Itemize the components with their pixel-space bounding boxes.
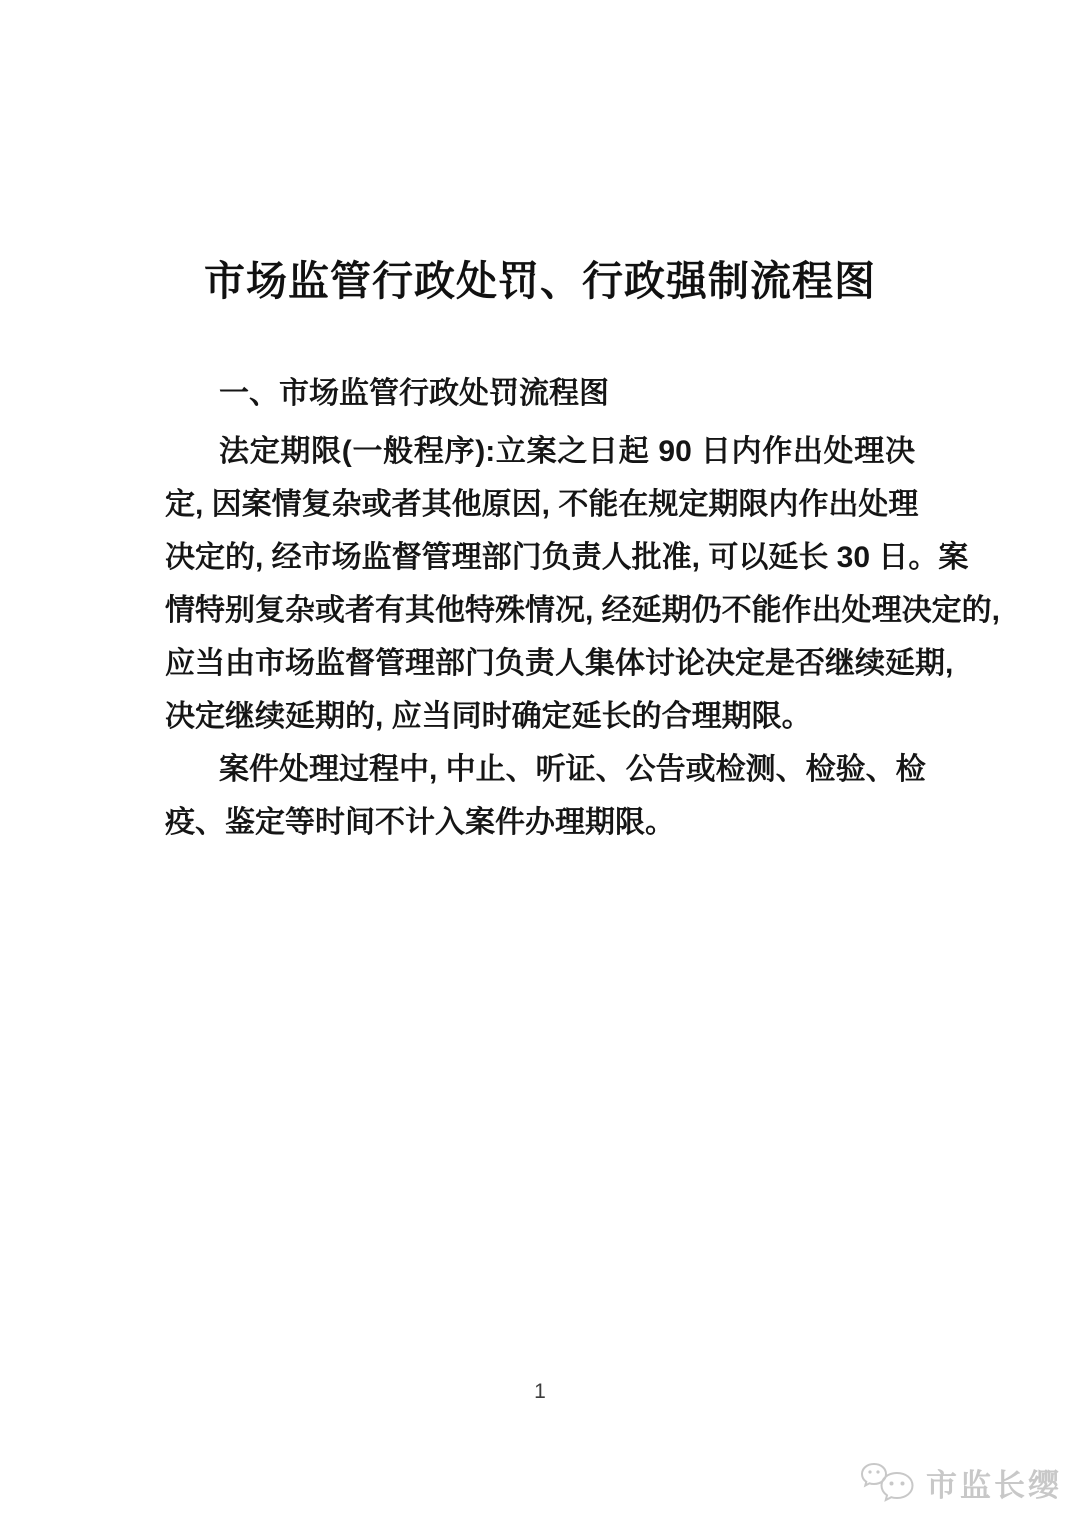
paragraph-line: 情特别复杂或者有其他特殊情况, 经延期仍不能作出处理决定的, (165, 584, 915, 637)
watermark: 市监长缨 (860, 1460, 1062, 1505)
paragraph-line: 决定的, 经市场监督管理部门负责人批准, 可以延长 30 日。案 (165, 531, 915, 584)
paragraph-line: 案件处理过程中, 中止、听证、公告或检测、检验、检 (165, 743, 915, 796)
section-heading: 一、市场监管行政处罚流程图 (165, 368, 969, 412)
document-page: 市场监管行政处罚、行政强制流程图 一、市场监管行政处罚流程图 法定期限(一般程序… (0, 0, 1080, 1528)
paragraph-line: 决定继续延期的, 应当同时确定延长的合理期限。 (165, 690, 915, 743)
page-number: 1 (0, 1380, 1080, 1404)
paragraph-1: 法定期限(一般程序):立案之日起 90 日内作出处理决 定, 因案情复杂或者其他… (165, 425, 915, 743)
page-title: 市场监管行政处罚、行政强制流程图 (0, 248, 1080, 307)
paragraph-line: 定, 因案情复杂或者其他原因, 不能在规定期限内作出处理 (165, 478, 915, 531)
paragraph-2: 案件处理过程中, 中止、听证、公告或检测、检验、检 疫、鉴定等时间不计入案件办理… (165, 743, 915, 849)
paragraph-line: 疫、鉴定等时间不计入案件办理期限。 (165, 796, 915, 849)
paragraph-line: 应当由市场监督管理部门负责人集体讨论决定是否继续延期, (165, 637, 915, 690)
wechat-icon (860, 1461, 918, 1505)
watermark-label: 市监长缨 (926, 1460, 1062, 1505)
paragraph-line: 法定期限(一般程序):立案之日起 90 日内作出处理决 (165, 425, 915, 478)
